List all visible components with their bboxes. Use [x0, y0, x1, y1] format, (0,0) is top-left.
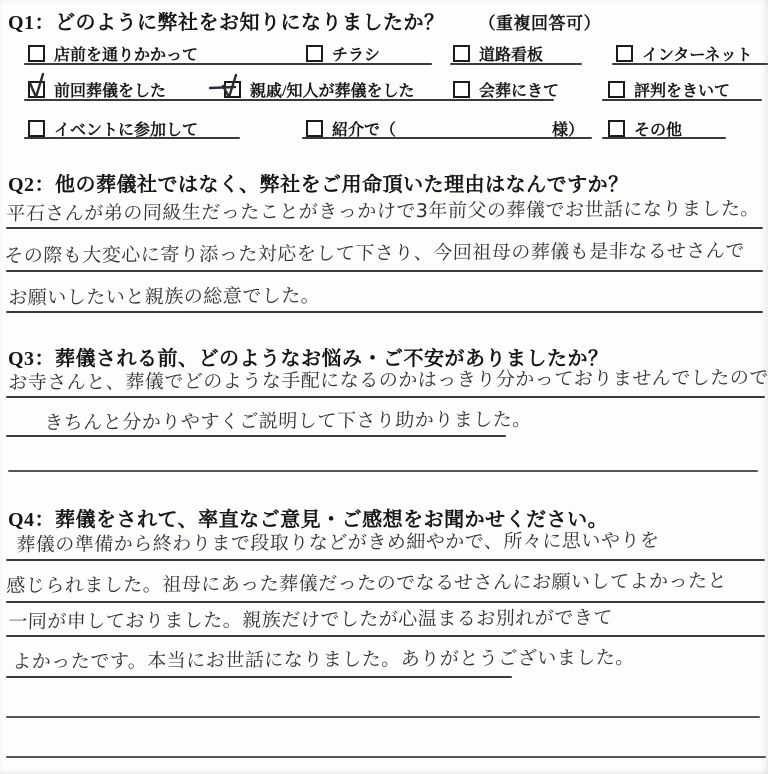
q2-answer-line-3: お願いしたいと親族の総意でした。 [8, 281, 321, 310]
q1-referral-sama-suffix: 様） [552, 118, 584, 138]
q1-option-flyer[interactable]: チラシ [306, 43, 380, 63]
checkbox-checked-icon [224, 81, 241, 98]
ruled-line [6, 435, 506, 437]
checkbox-unchecked-icon [616, 45, 633, 62]
q4-answer-line-3: 一同が申しておりました。親族だけでしたが心温まるお別れができて [8, 603, 613, 634]
q1-option-reputation[interactable]: 評判をきいて [608, 79, 730, 99]
q1-option-event[interactable]: イベントに参加して [28, 118, 198, 138]
checkbox-checked-icon [28, 81, 45, 98]
handwritten-check-icon [210, 73, 248, 100]
ruled-line [6, 756, 766, 758]
q2-answer-line-1: 平石さんが弟の同級生だったことがきっかけで3年前父の葬儀でお世話になりました。 [6, 194, 760, 226]
q1-option-previous-funeral[interactable]: 前回葬儀をした [28, 79, 166, 99]
ruled-line [24, 137, 240, 139]
checkbox-unchecked-icon [28, 120, 45, 137]
q4-answer-line-1: 葬儀の準備から終わりまで段取りなどがきめ細やかで、所々に思いやりを [16, 526, 660, 557]
ruled-line [6, 635, 765, 637]
option-label: 前回葬儀をした [54, 78, 166, 101]
q2-answer-line-2: その際も大変心に寄り添った対応をして下さり、今回祖母の葬儀も是非なるせさんで [4, 236, 745, 268]
ruled-line [6, 676, 512, 678]
ruled-line [602, 137, 726, 139]
ruled-line [6, 270, 763, 272]
option-label: 道路看板 [479, 42, 543, 65]
ruled-line [602, 99, 762, 101]
q1-title: Q1：どのように弊社をお知りになりましたか？（重複回答可） [8, 6, 601, 35]
q4-answer-line-4: よかったです。本当にお世話になりました。ありがとうございました。 [12, 643, 635, 674]
q4-answer-line-2: 感じられました。祖母にあった葬儀だったのでなるせさんにお願いしてよかったと [6, 566, 727, 598]
option-label: チラシ [332, 42, 380, 65]
checkbox-unchecked-icon [608, 120, 625, 137]
q1-title-text: Q1：どのように弊社をお知りになりましたか？ [8, 12, 445, 34]
ruled-line [8, 470, 758, 472]
ruled-line [612, 63, 768, 65]
q1-option-attended-funeral[interactable]: 会葬にきて [453, 79, 559, 99]
checkbox-unchecked-icon [453, 81, 470, 98]
option-label: 評判をきいて [634, 78, 730, 101]
q1-option-road-sign[interactable]: 道路看板 [453, 43, 543, 63]
questionnaire-scan-page: Q1：どのように弊社をお知りになりましたか？（重複回答可） 店前を通りかかって … [0, 0, 768, 774]
checkbox-unchecked-icon [608, 81, 625, 98]
option-label: 親戚/知人が葬儀をした [250, 78, 414, 101]
option-label: 会葬にきて [479, 78, 559, 101]
ruled-line [24, 63, 432, 65]
handwritten-check-icon [27, 72, 47, 99]
option-label: 店前を通りかかって [54, 42, 198, 65]
ruled-line [6, 227, 763, 229]
q1-option-storefront[interactable]: 店前を通りかかって [28, 43, 198, 63]
ruled-line [6, 716, 760, 718]
q1-option-other[interactable]: その他 [608, 118, 682, 138]
ruled-line [24, 99, 554, 101]
ruled-line [302, 137, 592, 139]
q1-option-referral[interactable]: 紹介で（ [306, 118, 396, 138]
checkbox-unchecked-icon [453, 45, 470, 62]
option-label: インターネット [642, 42, 753, 65]
ruled-line [6, 601, 765, 603]
ruled-line [6, 311, 763, 313]
q1-note: （重複回答可） [479, 14, 602, 33]
ruled-line [450, 63, 582, 65]
ruled-line [6, 559, 765, 561]
checkbox-unchecked-icon [28, 45, 45, 62]
q3-answer-line-2: きちんと分かりやすくご説明して下さり助かりました。 [44, 405, 532, 435]
checkbox-unchecked-icon [306, 45, 323, 62]
checkbox-unchecked-icon [306, 120, 323, 137]
q1-option-relative-funeral[interactable]: 親戚/知人が葬儀をした [224, 79, 414, 99]
q2-title: Q2：他の葬儀社ではなく、弊社をご用命頂いた理由はなんですか？ [8, 168, 629, 197]
q3-answer-line-1: お寺さんと、葬儀でどのような手配になるのかはっきり分かっておりませんでしたので [8, 363, 768, 395]
q1-option-internet[interactable]: インターネット [616, 43, 753, 63]
ruled-line [6, 396, 765, 398]
